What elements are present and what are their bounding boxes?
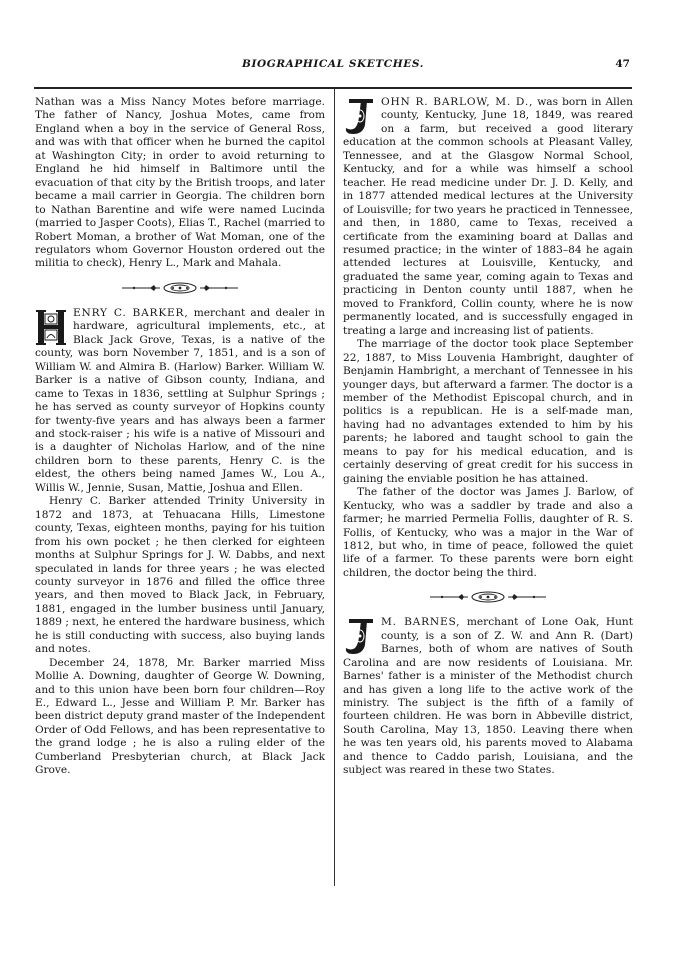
page-header: BIOGRAPHICAL SKETCHES. 47 [34,58,632,76]
sketch-barlow: OHN R. BARLOW, M. D., was born in Allen … [343,96,633,580]
column-divider [334,89,335,886]
barker-paragraph-2: Henry C. Barker attended Trinity Univers… [35,495,325,656]
ornament-separator-icon [428,591,548,603]
barlow-paragraph-3: The father of the doctor was James J. Ba… [343,486,633,580]
barnes-paragraph-1: merchant of Lone Oak, Hunt county, is a … [343,616,633,776]
barker-paragraph-1: merchant and dealer in hardware, agricul… [35,307,325,494]
sketch-name-barnes: M. BARNES, [381,616,460,628]
sketch-name-barker: ENRY C. BARKER, [73,307,189,319]
dropcap-j-icon [343,97,375,136]
barker-paragraph-3: December 24, 1878, Mr. Barker married Mi… [35,657,325,778]
header-rule [34,87,632,89]
dropcap-h-icon [35,308,67,347]
page-number: 47 [615,58,630,70]
sketch-name-barlow: OHN R. BARLOW, M. D., [381,96,533,108]
left-column: Nathan was a Miss Nancy Motes before mar… [35,96,325,778]
dropcap-j-icon [343,617,375,656]
barlow-paragraph-1: was born in Allen county, Kentucky, June… [343,96,633,337]
ornament-separator-icon [120,282,240,294]
continuation-paragraph: Nathan was a Miss Nancy Motes before mar… [35,96,325,271]
barlow-paragraph-2: The marriage of the doctor took place Se… [343,338,633,486]
running-head: BIOGRAPHICAL SKETCHES. [34,58,632,70]
sketch-barker: ENRY C. BARKER, merchant and dealer in h… [35,307,325,778]
right-column: OHN R. BARLOW, M. D., was born in Allen … [343,96,633,778]
sketch-barnes: M. BARNES, merchant of Lone Oak, Hunt co… [343,616,633,777]
